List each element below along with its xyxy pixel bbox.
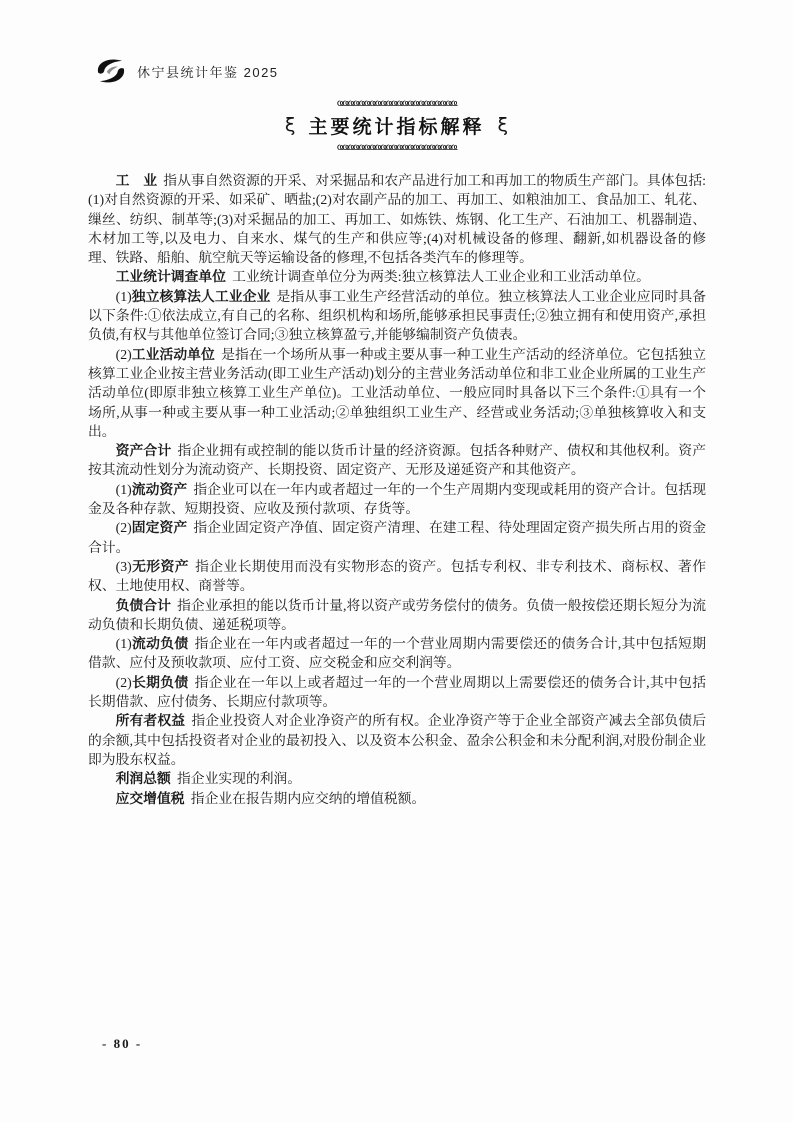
section-title-box: ҩҩҩҩҩҩҩҩҩҩҩҩҩҩҩҩҩҩҩҩҩҩ ξ 主要统计指标解释 ξ ҩҩҩҩ… [285, 99, 508, 153]
definition-text: 指企业实现的利润。 [177, 771, 301, 786]
page-header: 休宁县统计年鉴 2025 [94, 56, 279, 86]
yearbook-logo-icon [94, 56, 128, 86]
term-label: 工业活动单位 [132, 347, 215, 362]
definition-text: 指从事自然资源的开采、对采掘品和农产品进行加工和再加工的物质生产部门。具体包括:… [88, 173, 706, 265]
definition-paragraph: 负债合计指企业承担的能以货币计量,将以资产或劳务偿付的债务。负债一般按偿还期长短… [88, 596, 706, 635]
ornament-chain-top: ҩҩҩҩҩҩҩҩҩҩҩҩҩҩҩҩҩҩҩҩҩҩ [285, 99, 508, 109]
definition-paragraph: 工业统计调查单位工业统计调查单位分为两类:独立核算法人工业企业和工业活动单位。 [88, 267, 706, 286]
definition-text: 工业统计调查单位分为两类:独立核算法人工业企业和工业活动单位。 [232, 269, 650, 284]
definition-text: 指企业在报告期内应交纳的增值税额。 [191, 791, 426, 806]
ornament-chain-bottom: ҩҩҩҩҩҩҩҩҩҩҩҩҩҩҩҩҩҩҩҩҩҩ [285, 143, 508, 153]
definition-paragraph: (1)流动资产指企业可以在一年内或者超过一年的一个生产周期内变现或耗用的资产合计… [88, 480, 706, 519]
item-number: (2) [116, 675, 132, 690]
definition-paragraph: 利润总额指企业实现的利润。 [88, 769, 706, 788]
term-label: 固定资产 [132, 520, 188, 535]
term-label: 无形资产 [132, 559, 189, 574]
term-label: 负债合计 [116, 598, 171, 613]
ornament-right: ξ [498, 116, 509, 135]
definition-paragraph: (2)长期负债指企业在一年以上或者超过一年的一个营业周期以上需要偿还的债务合计,… [88, 673, 706, 712]
definition-paragraph: (1)独立核算法人工业企业是指从事工业生产经营活动的单位。独立核算法人工业企业应… [88, 287, 706, 345]
definition-paragraph: 工 业指从事自然资源的开采、对采掘品和农产品进行加工和再加工的物质生产部门。具体… [88, 171, 706, 267]
section-title: 主要统计指标解释 [302, 112, 490, 139]
term-label: 长期负债 [132, 675, 189, 690]
item-number: (1) [116, 636, 132, 651]
definition-paragraph: (2)固定资产指企业固定资产净值、固定资产清理、在建工程、待处理固定资产损失所占… [88, 518, 706, 557]
term-label: 资产合计 [116, 443, 172, 458]
item-number: (2) [116, 347, 132, 362]
item-number: (1) [116, 482, 132, 497]
definition-paragraph: 应交增值税指企业在报告期内应交纳的增值税额。 [88, 789, 706, 808]
term-label: 所有者权益 [116, 713, 186, 728]
definition-paragraph: 所有者权益指企业投资人对企业净资产的所有权。企业净资产等于企业全部资产减去全部负… [88, 711, 706, 769]
definition-text: 指企业承担的能以货币计量,将以资产或劳务偿付的债务。负债一般按偿还期长短分为流动… [88, 598, 706, 632]
definition-paragraph: 资产合计指企业拥有或控制的能以货币计量的经济资源。包括各种财产、债权和其他权利。… [88, 441, 706, 480]
definition-text: 指企业拥有或控制的能以货币计量的经济资源。包括各种财产、债权和其他权利。资产按其… [88, 443, 706, 477]
yearbook-title: 休宁县统计年鉴 2025 [137, 62, 279, 81]
yearbook-page: 休宁县统计年鉴 2025 ҩҩҩҩҩҩҩҩҩҩҩҩҩҩҩҩҩҩҩҩҩҩ ξ 主要… [0, 0, 793, 1122]
definition-paragraph: (1)流动负债指企业在一年内或者超过一年的一个营业周期内需要偿还的债务合计,其中… [88, 634, 706, 673]
definition-paragraph: (3)无形资产指企业长期使用而没有实物形态的资产。包括专利权、非专利技术、商标权… [88, 557, 706, 596]
term-label: 独立核算法人工业企业 [132, 289, 271, 304]
term-label: 工业统计调查单位 [116, 269, 226, 284]
term-label: 工 业 [116, 173, 157, 188]
item-number: (2) [116, 520, 132, 535]
page-number: - 80 - [102, 1036, 142, 1052]
item-number: (3) [116, 559, 132, 574]
term-label: 应交增值税 [116, 791, 185, 806]
term-label: 流动资产 [132, 482, 188, 497]
definitions-body: 工 业指从事自然资源的开采、对采掘品和农产品进行加工和再加工的物质生产部门。具体… [88, 171, 706, 808]
term-label: 利润总额 [116, 771, 171, 786]
definition-paragraph: (2)工业活动单位是指在一个场所从事一种或主要从事一种工业生产活动的经济单位。它… [88, 345, 706, 441]
term-label: 流动负债 [132, 636, 189, 651]
ornament-left: ξ [285, 116, 296, 135]
item-number: (1) [116, 289, 132, 304]
